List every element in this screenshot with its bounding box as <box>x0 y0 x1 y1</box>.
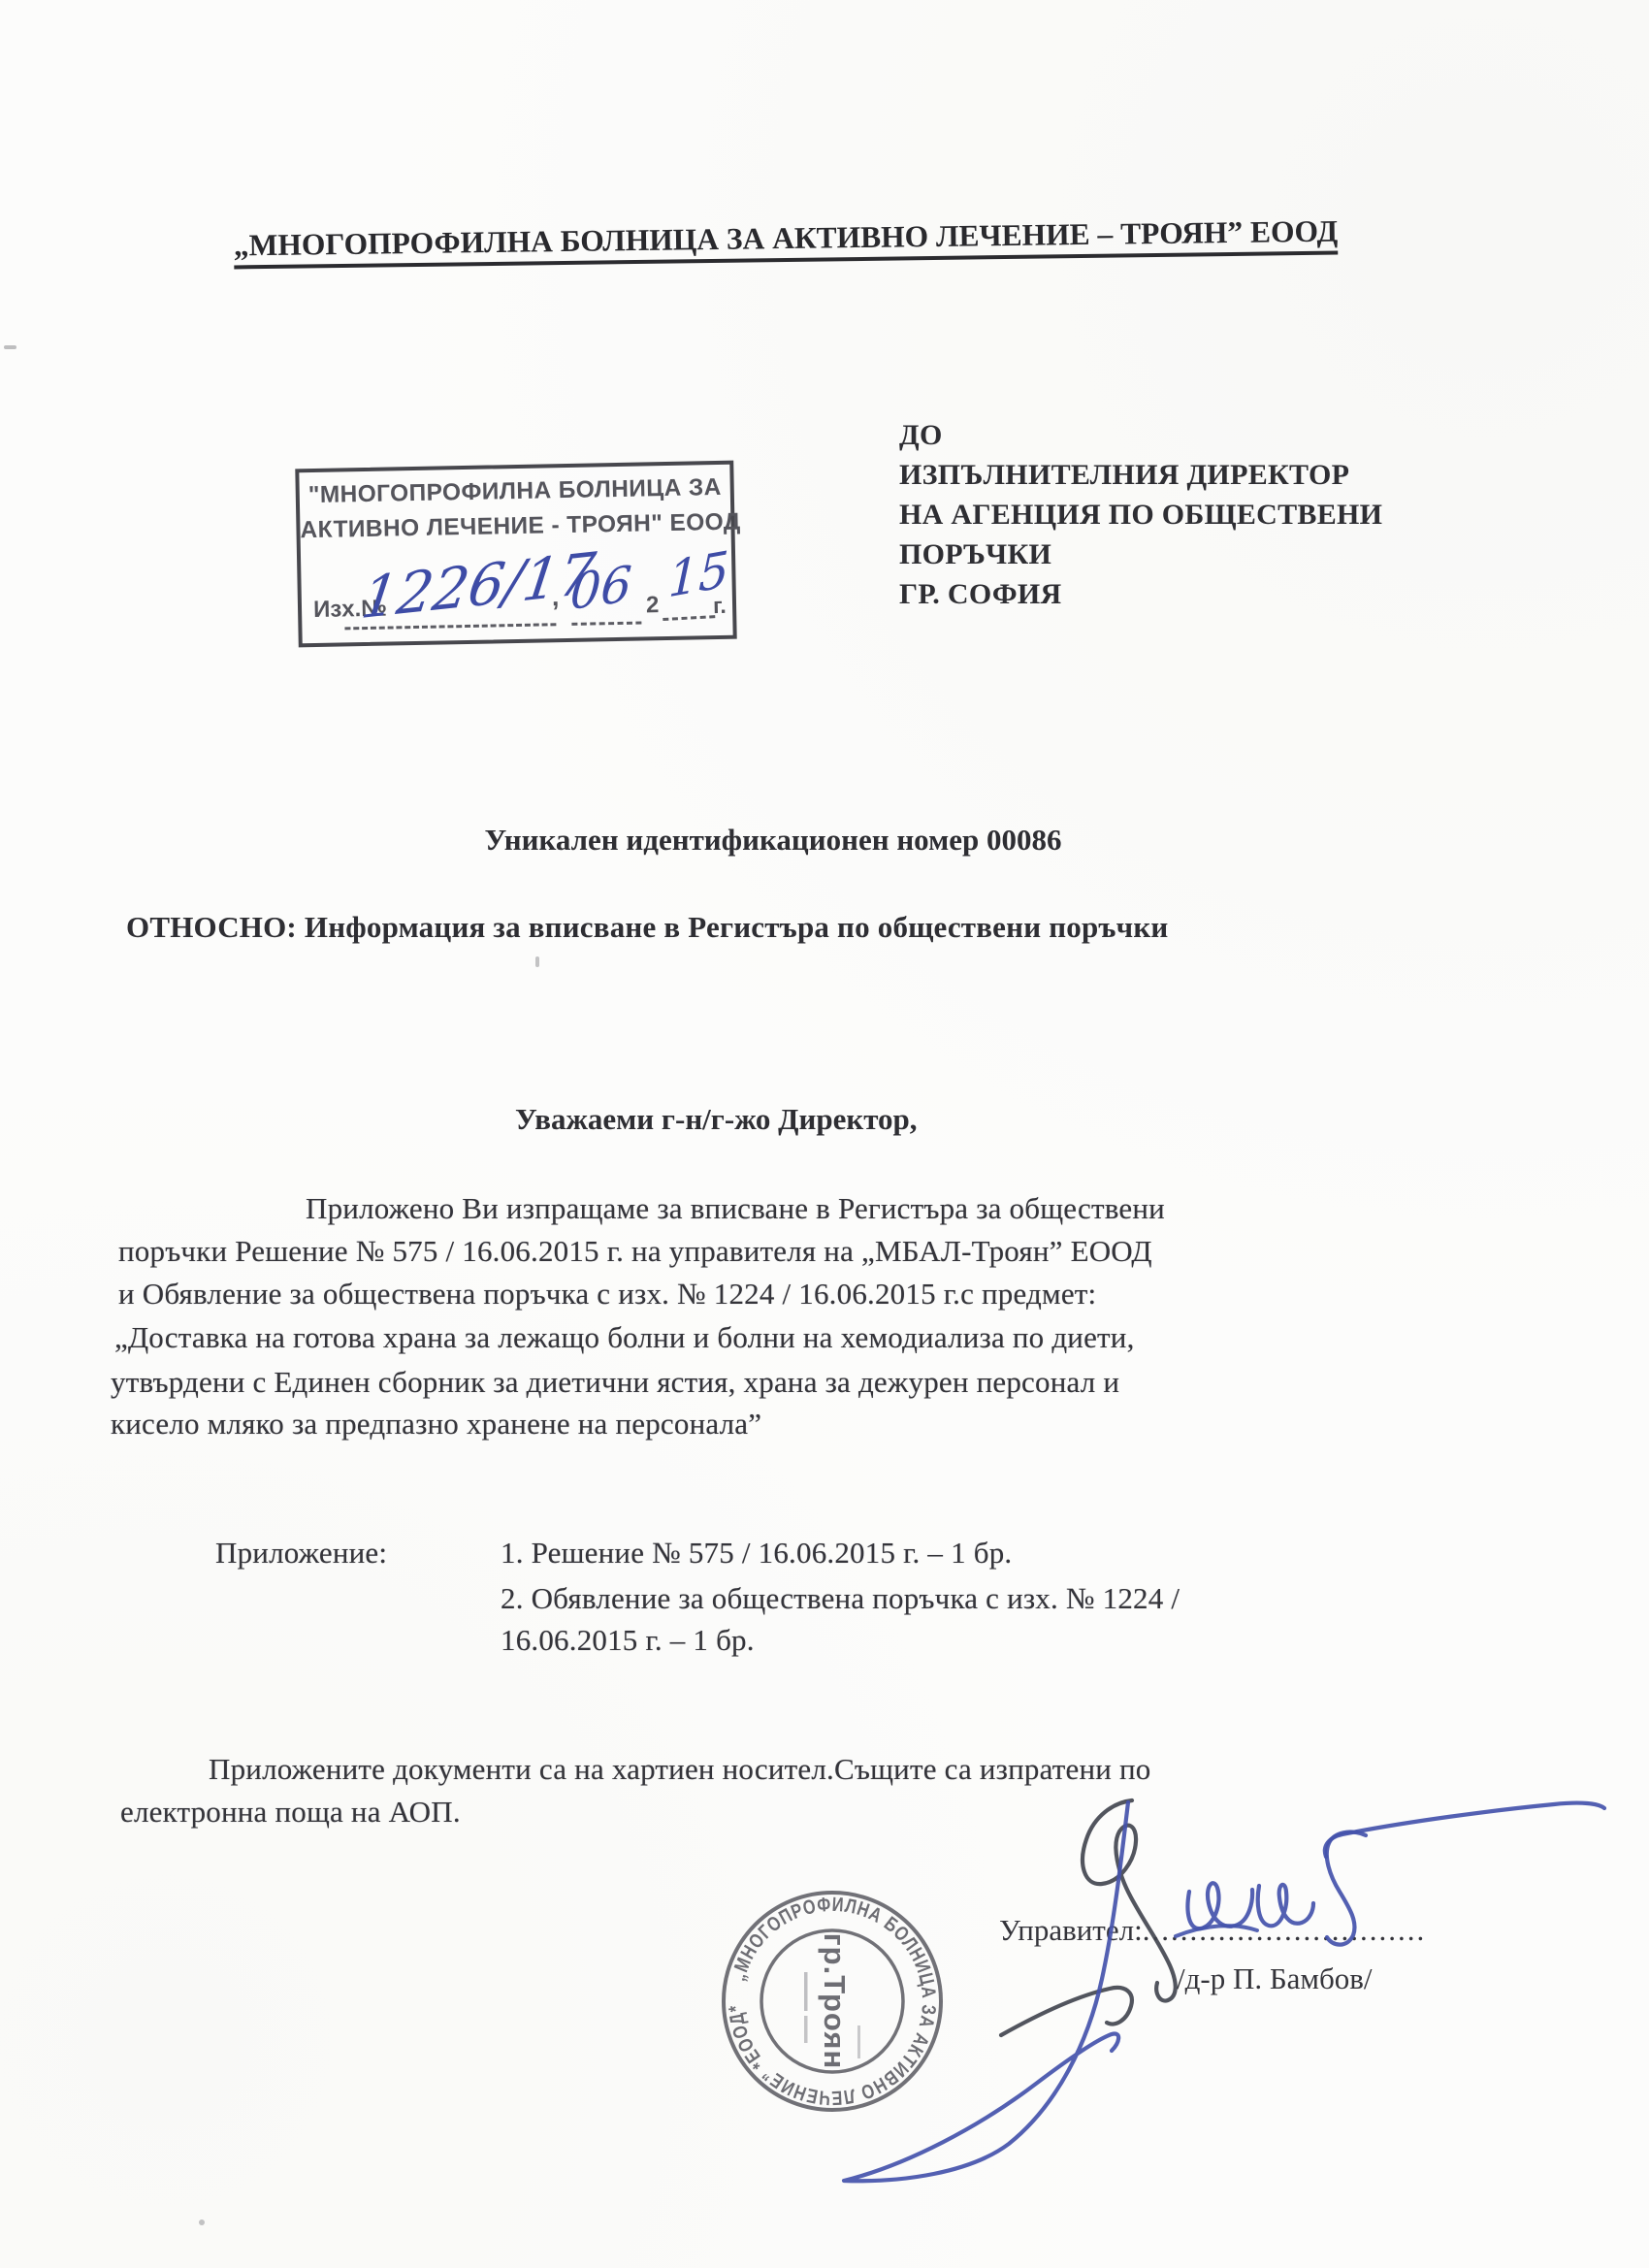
signature-blue-stroke <box>1188 1883 1253 1928</box>
attachment-item: 16.06.2015 г. – 1 бр. <box>501 1623 755 1658</box>
attachment-item: 1. Решение № 575 / 16.06.2015 г. – 1 бр. <box>501 1536 1012 1571</box>
page-title: „МНОГОПРОФИЛНА БОЛНИЦА ЗА АКТИВНО ЛЕЧЕНИ… <box>58 211 1513 266</box>
ref-month-underline <box>571 622 641 626</box>
inbox-stamp-box: "МНОГОПРОФИЛНА БОЛНИЦА ЗА АКТИВНО ЛЕЧЕНИ… <box>295 461 736 648</box>
scan-artifact <box>199 2219 205 2225</box>
salutation: Уважаеми г-н/г-жо Директор, <box>515 1102 918 1137</box>
signature-blue-stroke <box>1176 1926 1257 1936</box>
scan-artifact <box>4 345 16 349</box>
attachments-label: Приложение: <box>215 1536 387 1571</box>
stamp-box-line1: "МНОГОПРОФИЛНА БОЛНИЦА ЗА <box>300 474 730 510</box>
body-line: поръчки Решение № 575 / 16.06.2015 г. на… <box>118 1234 1152 1269</box>
body-line: кисело мляко за предпазно хранене на пер… <box>111 1407 761 1442</box>
body-line: утвърдени с Единен сборник за диетични я… <box>111 1365 1119 1400</box>
scan-artifact <box>535 956 539 967</box>
subject-line: ОТНОСНО: Информация за вписване в Регист… <box>126 910 1169 945</box>
unique-id-line: Уникален идентификационен номер 00086 <box>94 823 1452 858</box>
ref-year-underline <box>663 615 715 621</box>
body-line: Приложено Ви изпращаме за вписване в Рег… <box>306 1191 1165 1226</box>
signature-blue-stroke <box>1258 1885 1313 1926</box>
recipient-line: НА АГЕНЦИЯ ПО ОБЩЕСТВЕНИ <box>899 495 1382 535</box>
scanned-letter-page: „МНОГОПРОФИЛНА БОЛНИЦА ЗА АКТИВНО ЛЕЧЕНИ… <box>0 0 1649 2268</box>
manager-signature <box>582 1766 1649 2265</box>
ref-century-printed: 2 <box>646 592 660 619</box>
stamp-box-line2: АКТИВНО ЛЕЧЕНИЕ - ТРОЯН" ЕООД <box>300 509 730 545</box>
signature-dark-stroke <box>1083 1800 1176 2001</box>
signature-dark-stroke <box>1001 1988 1132 2035</box>
closing-line: електронна поща на АОП. <box>120 1795 461 1830</box>
recipient-line: ИЗПЪЛНИТЕЛНИЯ ДИРЕКТОР <box>899 455 1382 495</box>
ref-comma: , <box>552 582 560 612</box>
recipient-block: ДО ИЗПЪЛНИТЕЛНИЯ ДИРЕКТОР НА АГЕНЦИЯ ПО … <box>899 415 1382 614</box>
ref-number-handwritten: 1226/17 <box>357 539 598 632</box>
signature-blue-stroke <box>844 1802 1128 2181</box>
signature-blue-stroke <box>1327 1832 1366 1945</box>
recipient-line: ДО <box>899 415 1382 455</box>
ref-month-handwritten: 06 <box>568 555 633 621</box>
body-line: и Обявление за обществена поръчка с изх.… <box>118 1277 1096 1312</box>
page-title-text: „МНОГОПРОФИЛНА БОЛНИЦА ЗА АКТИВНО ЛЕЧЕНИ… <box>234 214 1339 270</box>
recipient-line: ГР. СОФИЯ <box>899 574 1382 614</box>
recipient-line: ПОРЪЧКИ <box>899 535 1382 574</box>
body-line: „Доставка на готова храна за лежащо болн… <box>114 1320 1135 1355</box>
attachment-item: 2. Обявление за обществена поръчка с изх… <box>501 1581 1180 1616</box>
signature-blue-stroke <box>1325 1803 1604 1857</box>
